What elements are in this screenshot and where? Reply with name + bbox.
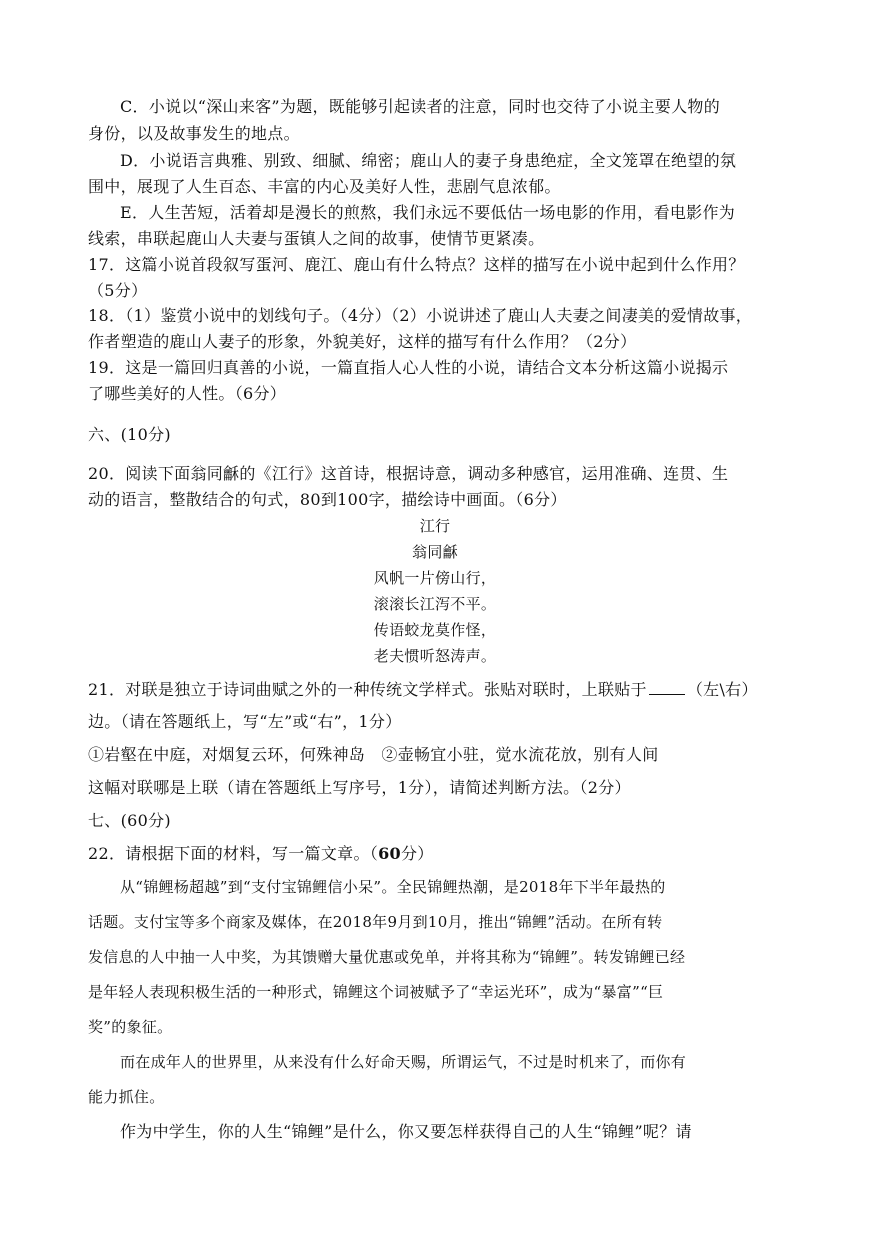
section-6-heading: 六、(10分) [88, 424, 171, 446]
option-d-line1: D．小说语言典雅、别致、细腻、绵密；鹿山人的妻子身患绝症，全文笼罩在绝望的氛 [120, 150, 736, 172]
question-21-line4: 这幅对联哪是上联（请在答题纸上写序号，1分），请简述判断方法。（2分） [88, 777, 631, 799]
material-p1-line3: 发信息的人中抽一人中奖，为其馈赠大量优惠或免单，并将其称为“锦鲤”。转发锦鲤已经 [88, 946, 685, 968]
poem-line-2: 滚滚长江泻不平。 [0, 593, 870, 615]
question-18-line2: 作者塑造的鹿山人妻子的形象，外貌美好，这样的描写有什么作用？（2分） [88, 331, 636, 353]
poem-author: 翁同龢 [0, 541, 870, 563]
question-20-line2: 动的语言，整散结合的句式，80到100字，描绘诗中画面。（6分） [88, 489, 567, 511]
question-19-line2: 了哪些美好的人性。（6分） [88, 383, 286, 405]
question-21-line1: 21．对联是独立于诗词曲赋之外的一种传统文学样式。张贴对联时，上联贴于（左\右） [88, 678, 758, 701]
poem-title: 江行 [0, 515, 870, 537]
poem-line-1: 风帆一片傍山行， [0, 567, 870, 589]
poem-line-4: 老夫惯听怒涛声。 [0, 645, 870, 667]
answer-blank [649, 678, 685, 695]
question-22-text: 22．请根据下面的材料，写一篇文章。（ [88, 844, 378, 863]
exam-page: C．小说以“深山来客”为题，既能够引起读者的注意，同时也交待了小说主要人物的 身… [0, 0, 870, 1260]
material-p1-line5: 奖”的象征。 [88, 1016, 172, 1038]
material-p1-line2: 话题。支付宝等多个商家及媒体，在2018年9月到10月，推出“锦鲤”活动。在所有… [88, 911, 662, 933]
material-p1-line1: 从“锦鲤杨超越”到“支付宝锦鲤信小呆”。全民锦鲤热潮，是2018年下半年最热的 [120, 876, 666, 898]
couplet-options: ①岩壑在中庭，对烟复云环，何殊神岛 ②壶畅宜小驻，觉水流花放，别有人间 [88, 744, 659, 766]
question-21-line2: 边。（请在答题纸上，写“左”或“右”，1分） [88, 711, 402, 733]
question-21-text: 21．对联是独立于诗词曲赋之外的一种传统文学样式。张贴对联时，上联贴于 [88, 680, 647, 699]
option-c-line1: C．小说以“深山来客”为题，既能够引起读者的注意，同时也交待了小说主要人物的 [120, 96, 720, 118]
question-21-options: （左\右） [687, 680, 758, 699]
material-p2-line1: 而在成年人的世界里，从来没有什么好命天赐，所谓运气，不过是时机来了，而你有 [120, 1051, 686, 1073]
question-20-line1: 20．阅读下面翁同龢的《江行》这首诗，根据诗意，调动多种感官，运用准确、连贯、生 [88, 463, 728, 485]
material-p3-line1: 作为中学生，你的人生“锦鲤”是什么，你又要怎样获得自己的人生“锦鲤”呢？请 [120, 1121, 692, 1143]
material-p2-line2: 能力抓住。 [88, 1086, 165, 1108]
question-17-line2: （5分） [88, 280, 147, 302]
material-p1-line4: 是年轻人表现积极生活的一种形式，锦鲤这个词被赋予了“幸运光环”，成为“暴富”“巨 [88, 981, 663, 1003]
question-22-suffix: 分） [401, 844, 434, 863]
question-22: 22．请根据下面的材料，写一篇文章。（60分） [88, 843, 434, 865]
question-19-line1: 19．这是一篇回归真善的小说，一篇直指人心人性的小说，请结合文本分析这篇小说揭示 [88, 357, 728, 379]
option-e-line1: E．人生苦短，活着却是漫长的煎熬，我们永远不要低估一场电影的作用，看电影作为 [120, 202, 735, 224]
option-d-line2: 围中，展现了人生百态、丰富的内心及美好人性，悲剧气息浓郁。 [88, 176, 561, 198]
section-7-heading: 七、(60分) [88, 810, 171, 832]
option-e-line2: 线索，串联起鹿山人夫妻与蛋镇人之间的故事，使情节更紧凑。 [88, 228, 544, 250]
question-22-score: 60 [378, 844, 401, 863]
question-18-line1: 18．（1）鉴赏小说中的划线句子。（4分）（2）小说讲述了鹿山人夫妻之间凄美的爱… [88, 305, 752, 327]
option-c-line2: 身份，以及故事发生的地点。 [88, 123, 300, 145]
question-17-line1: 17．这篇小说首段叙写蛋河、鹿江、鹿山有什么特点？这样的描写在小说中起到什么作用… [88, 254, 745, 276]
poem-line-3: 传语蛟龙莫作怪， [0, 619, 870, 641]
